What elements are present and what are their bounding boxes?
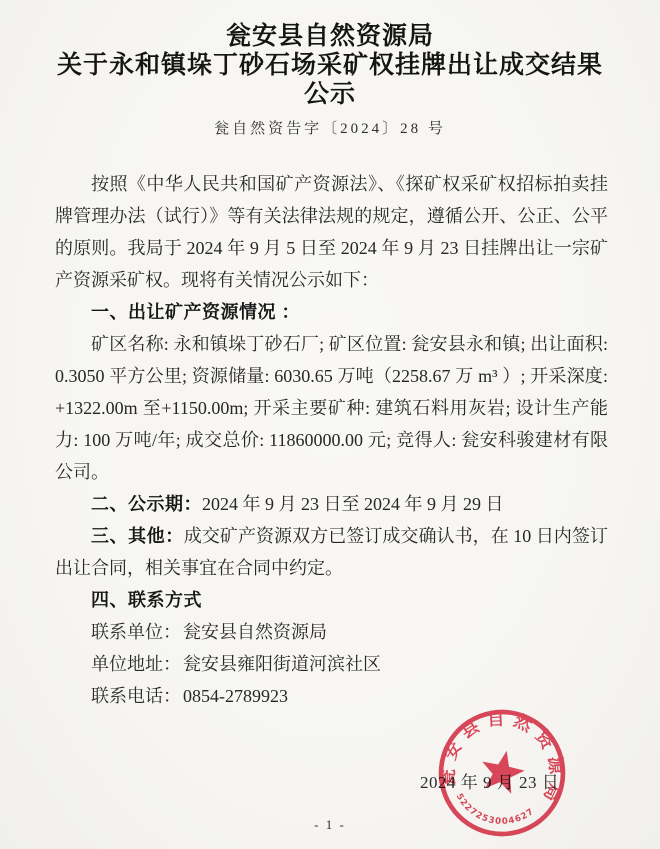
section-3-heading: 三、其他： [91,526,184,546]
section-1-heading: 一、出让矿产资源情况 ： [55,296,608,328]
section-2-content: 2024 年 9 月 23 日至 2024 年 9 月 29 日 [202,494,504,514]
section-1-heading-text: 一、出让矿产资源情况 ： [91,302,300,322]
contact-address-label: 单位地址： [91,654,181,674]
notice-title-line: 公示 [0,80,660,109]
contact-address-value: 瓮安县雍阳街道河滨社区 [183,654,381,674]
section-1-detail: 矿区名称: 永和镇垛丁砂石厂; 矿区位置: 瓮安县永和镇; 出让面积: 0.30… [55,328,608,488]
contact-phone-line: 联系电话：0854-2789923 [55,680,608,712]
star-icon [477,746,528,795]
contact-unit-label: 联系单位： [91,622,181,642]
org-title: 瓮安县自然资源局 [0,22,660,51]
contact-unit-line: 联系单位：瓮安县自然资源局 [55,616,608,648]
section-3: 三、其他：成交矿产资源双方已签订成交确认书，在 10 日内签订出让合同，相关事宜… [55,520,608,584]
contact-address-line: 单位地址：瓮安县雍阳街道河滨社区 [55,648,608,680]
page-number: - 1 - [0,817,660,833]
section-4-heading: 四、联系方式 [55,584,608,616]
contact-phone-label: 联系电话： [91,686,181,706]
section-2-heading: 二、公示期： [91,494,202,514]
document-header: 瓮安县自然资源局 关于永和镇垛丁砂石场采矿权挂牌出让成交结果 公示 瓮自然资告字… [0,0,660,138]
intro-paragraph: 按照《中华人民共和国矿产资源法》、《探矿权采矿权招标拍卖挂牌管理办法（试行）》等… [55,168,608,296]
doc-number: 瓮自然资告字〔2024〕28 号 [0,117,660,138]
section-2: 二、公示期：2024 年 9 月 23 日至 2024 年 9 月 29 日 [55,488,608,520]
contact-unit-value: 瓮安县自然资源局 [183,622,327,642]
notice-title-line: 关于永和镇垛丁砂石场采矿权挂牌出让成交结果 [0,51,660,80]
section-4-heading-text: 四、联系方式 [91,590,202,610]
contact-phone-value: 0854-2789923 [183,686,288,706]
scanned-notice-page: 瓮安县自然资源局 关于永和镇垛丁砂石场采矿权挂牌出让成交结果 公示 瓮自然资告字… [0,0,660,849]
document-body: 按照《中华人民共和国矿产资源法》、《探矿权采矿权招标拍卖挂牌管理办法（试行）》等… [55,168,608,712]
